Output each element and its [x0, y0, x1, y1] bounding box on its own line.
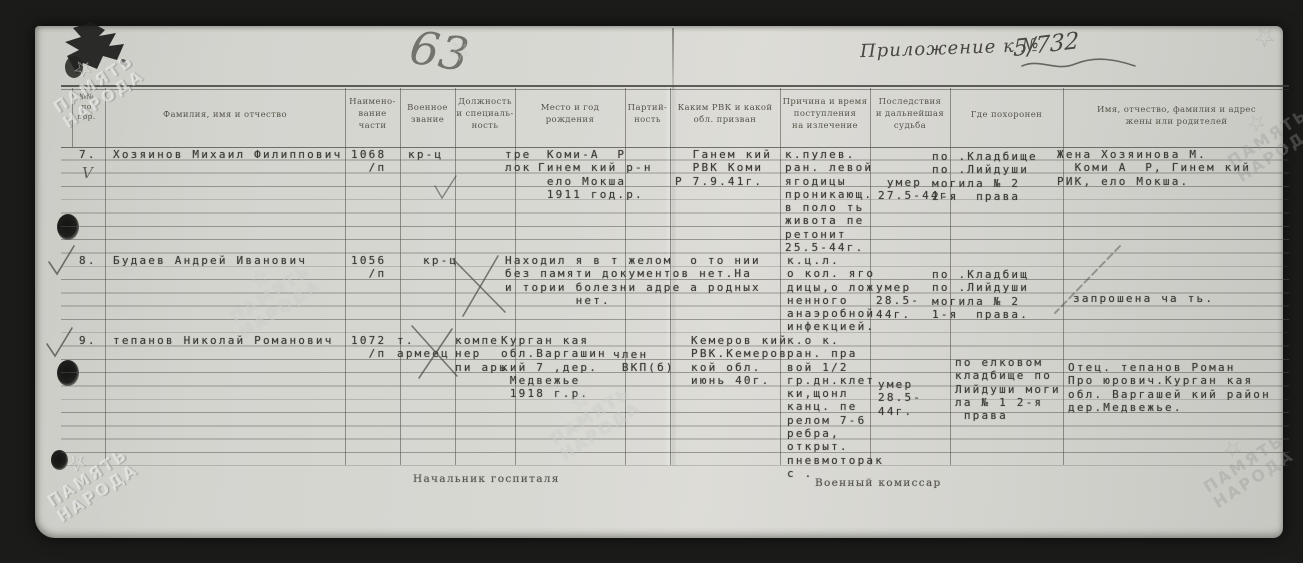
page-number-scribble: 63: [406, 20, 472, 82]
col-header-position: Должность и специаль- ность: [455, 96, 515, 132]
row7-name: Хозяинов Михаил Филиппович: [113, 148, 342, 161]
row8-num: 8.: [79, 254, 97, 267]
row9-unit: 1072 /п: [351, 334, 386, 361]
row9-outcome: умер 28.5- 44г.: [878, 378, 922, 418]
col-header-birth: Место и год рождения: [515, 102, 625, 126]
row7-relatives: Жена Хозяинова М. Коми А Р, Гинем кий РИ…: [1057, 148, 1251, 188]
row8-burial: по .Кладбищ по .Лийдуши могила № 2 1-я п…: [932, 268, 1029, 321]
table-top-border-inner: [61, 89, 1289, 90]
row9-party: член ВКП(б): [613, 348, 675, 375]
row9-position: компе нер пи арь: [455, 334, 508, 374]
col-header-unit: Наимено- вание части: [345, 96, 400, 132]
fold-crease: [672, 28, 674, 90]
row7-cause: к.пулев. ран. левой ягодицы проникающ. в…: [785, 148, 873, 254]
row9-check-mark: [45, 326, 75, 361]
col-header-rvk: Каким РВК и какой обл. призван: [670, 102, 780, 126]
row8-cause: к.ц.л. о кол. яго дицы,о лож ненного ана…: [787, 254, 875, 334]
col-header-burial: Где похоронен: [950, 109, 1063, 121]
row7-rank: кр-ц: [408, 148, 443, 161]
row7-position: тре лок: [505, 148, 531, 175]
row9-burial: по елковом кладбище по Лийдуши моги ла №…: [955, 356, 1061, 422]
col-header-name: Фамилия, имя и отчество: [105, 109, 345, 121]
table-top-border: [61, 85, 1289, 87]
col-header-outcome: Последствия и дальнейшая судьба: [870, 96, 950, 132]
row8-name: Будаев Андрей Иванович: [113, 254, 307, 267]
row7-unit: 1068 /п: [351, 148, 386, 175]
row8-check-mark: [47, 244, 77, 279]
col-header-party: Партий- ность: [625, 102, 670, 126]
table-column-line: [400, 88, 401, 465]
table-column-line: [105, 88, 106, 465]
document-scan: 63 Приложение к № 5/732 №№ по пор. Фамил…: [35, 26, 1283, 538]
row8-outcome: умер 28.5- 44г.: [876, 281, 920, 321]
table-column-line: [780, 88, 781, 465]
row9-birth: Курган кая обл.Варгашин кий 7 ,дер. Медв…: [501, 334, 607, 400]
row8-pencil-scribble: [1040, 241, 1130, 321]
row9-name: тепанов Николай Романович: [113, 334, 334, 347]
col-header-cause: Причина и время поступления на излечение: [780, 96, 870, 132]
row7-check-mark: [433, 174, 459, 204]
row7-checkmark: V: [82, 164, 93, 182]
row8-cross-mark: [443, 254, 513, 319]
underline-squiggle-mark: [1020, 56, 1140, 74]
row8-condition-note: Находил я в т желом о то нии без памяти …: [505, 254, 761, 307]
row9-num: 9.: [79, 334, 97, 347]
row7-burial: по .Кладбище по .Лийдуши могила № 2 2-я …: [932, 150, 1038, 203]
table-column-line: [345, 88, 346, 465]
row8-unit: 1056 /п: [351, 254, 386, 281]
scanned-archive-page: { "annotations": { "appendix_label": "Пр…: [0, 0, 1303, 563]
row7-birth: Коми-А Р Гинем кий р-н ело Мокша 1911 го…: [538, 148, 653, 201]
col-header-relatives: Имя, отчество, фамилия и адрес жены или …: [1063, 104, 1290, 128]
row9-cause: к.о к. ран. пра вой 1/2 гр.дн.клет ки,що…: [787, 334, 884, 480]
military-commissar-signature-label: Военный комиссар: [815, 477, 942, 489]
row7-num: 7.: [79, 148, 97, 161]
col-header-rank: Военное звание: [400, 102, 455, 126]
col-header-num: №№ по пор.: [68, 92, 105, 122]
row9-relatives: Отец. тепанов Роман Про юрович.Курган ка…: [1068, 361, 1271, 414]
row7-rvk: Ганем кий РВК Коми Р 7.9.41г.: [675, 148, 772, 188]
hospital-chief-signature-label: Начальник госпиталя: [413, 473, 560, 485]
row9-rvk: Кемеров кий РВК.Кемеров кой обл. июнь 40…: [691, 334, 788, 387]
